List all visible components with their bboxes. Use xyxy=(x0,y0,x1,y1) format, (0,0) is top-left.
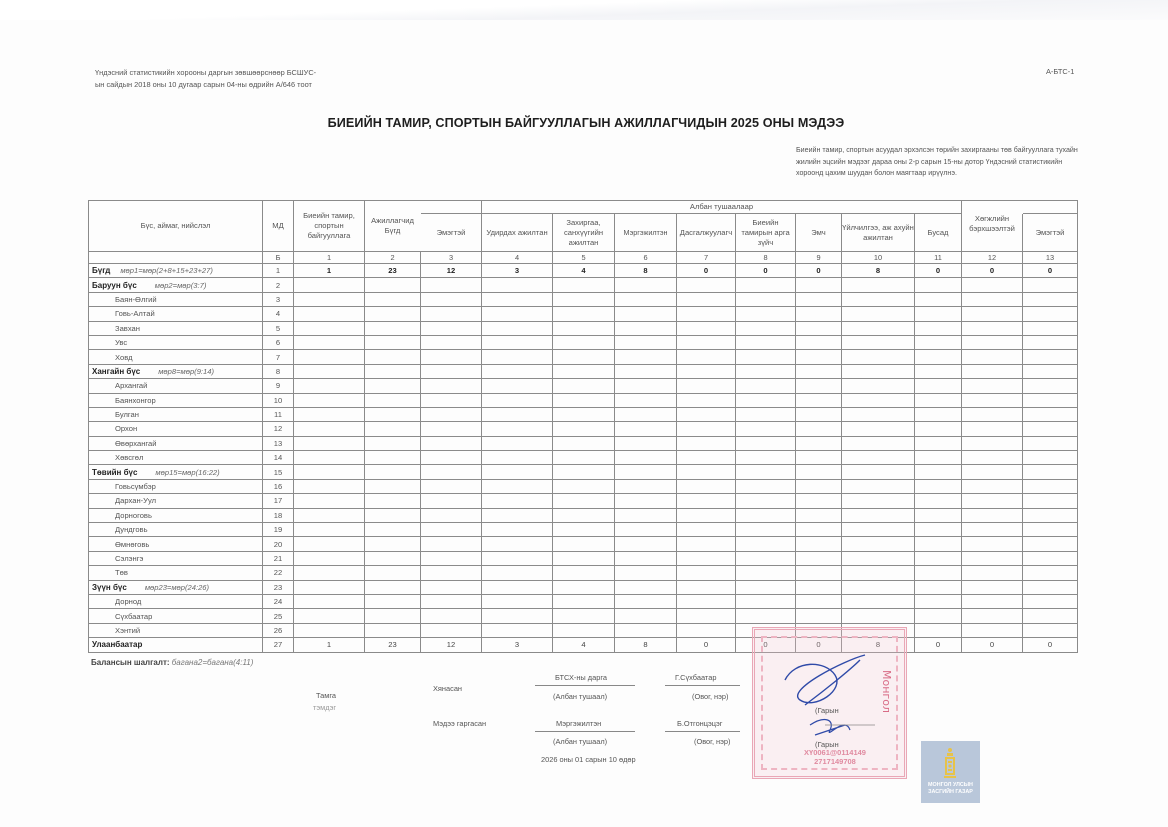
value-cell[interactable]: 1 xyxy=(294,638,365,652)
value-cell[interactable] xyxy=(615,321,677,335)
value-cell[interactable] xyxy=(915,537,962,551)
value-cell[interactable] xyxy=(482,580,553,594)
value-cell[interactable] xyxy=(1023,436,1078,450)
value-cell[interactable] xyxy=(677,335,736,349)
value-cell[interactable]: 0 xyxy=(1023,264,1078,278)
value-cell[interactable] xyxy=(294,393,365,407)
value-cell[interactable] xyxy=(842,479,915,493)
value-cell[interactable] xyxy=(421,321,482,335)
value-cell[interactable] xyxy=(915,465,962,479)
value-cell[interactable] xyxy=(796,422,842,436)
value-cell[interactable] xyxy=(962,580,1023,594)
value-cell[interactable] xyxy=(736,523,796,537)
value-cell[interactable] xyxy=(1023,623,1078,637)
value-cell[interactable] xyxy=(615,465,677,479)
value-cell[interactable] xyxy=(615,364,677,378)
value-cell[interactable] xyxy=(796,393,842,407)
value-cell[interactable] xyxy=(615,623,677,637)
value-cell[interactable] xyxy=(421,609,482,623)
value-cell[interactable] xyxy=(915,436,962,450)
value-cell[interactable] xyxy=(736,494,796,508)
value-cell[interactable] xyxy=(736,508,796,522)
value-cell[interactable] xyxy=(736,609,796,623)
value-cell[interactable] xyxy=(482,393,553,407)
value-cell[interactable] xyxy=(553,321,615,335)
value-cell[interactable] xyxy=(677,494,736,508)
value-cell[interactable] xyxy=(615,422,677,436)
value-cell[interactable] xyxy=(421,479,482,493)
value-cell[interactable] xyxy=(1023,523,1078,537)
value-cell[interactable] xyxy=(677,594,736,608)
value-cell[interactable] xyxy=(842,537,915,551)
value-cell[interactable] xyxy=(294,551,365,565)
value-cell[interactable] xyxy=(294,422,365,436)
value-cell[interactable] xyxy=(842,523,915,537)
value-cell[interactable]: 0 xyxy=(915,264,962,278)
value-cell[interactable] xyxy=(294,580,365,594)
value-cell[interactable] xyxy=(796,523,842,537)
value-cell[interactable] xyxy=(365,566,421,580)
value-cell[interactable] xyxy=(294,566,365,580)
value-cell[interactable] xyxy=(962,321,1023,335)
value-cell[interactable] xyxy=(677,436,736,450)
value-cell[interactable] xyxy=(842,609,915,623)
value-cell[interactable] xyxy=(553,307,615,321)
value-cell[interactable]: 4 xyxy=(553,638,615,652)
value-cell[interactable] xyxy=(796,292,842,306)
value-cell[interactable] xyxy=(677,307,736,321)
value-cell[interactable] xyxy=(421,364,482,378)
value-cell[interactable] xyxy=(736,436,796,450)
value-cell[interactable] xyxy=(482,623,553,637)
value-cell[interactable] xyxy=(962,350,1023,364)
value-cell[interactable] xyxy=(421,307,482,321)
value-cell[interactable] xyxy=(842,566,915,580)
value-cell[interactable] xyxy=(915,278,962,292)
value-cell[interactable] xyxy=(962,451,1023,465)
value-cell[interactable] xyxy=(365,422,421,436)
value-cell[interactable] xyxy=(294,436,365,450)
value-cell[interactable] xyxy=(736,407,796,421)
value-cell[interactable] xyxy=(482,479,553,493)
value-cell[interactable] xyxy=(421,623,482,637)
value-cell[interactable] xyxy=(615,436,677,450)
value-cell[interactable] xyxy=(615,523,677,537)
value-cell[interactable] xyxy=(915,479,962,493)
value-cell[interactable] xyxy=(294,465,365,479)
value-cell[interactable] xyxy=(1023,479,1078,493)
value-cell[interactable] xyxy=(1023,465,1078,479)
value-cell[interactable]: 0 xyxy=(677,638,736,652)
value-cell[interactable] xyxy=(677,278,736,292)
value-cell[interactable] xyxy=(365,537,421,551)
value-cell[interactable] xyxy=(482,523,553,537)
value-cell[interactable] xyxy=(842,551,915,565)
value-cell[interactable] xyxy=(294,379,365,393)
value-cell[interactable] xyxy=(962,523,1023,537)
value-cell[interactable] xyxy=(842,422,915,436)
value-cell[interactable] xyxy=(294,335,365,349)
value-cell[interactable] xyxy=(915,551,962,565)
value-cell[interactable] xyxy=(842,379,915,393)
value-cell[interactable] xyxy=(615,393,677,407)
value-cell[interactable] xyxy=(842,393,915,407)
value-cell[interactable] xyxy=(1023,379,1078,393)
value-cell[interactable] xyxy=(962,307,1023,321)
value-cell[interactable] xyxy=(553,609,615,623)
value-cell[interactable] xyxy=(962,465,1023,479)
value-cell[interactable] xyxy=(482,292,553,306)
value-cell[interactable] xyxy=(736,278,796,292)
value-cell[interactable] xyxy=(962,422,1023,436)
value-cell[interactable] xyxy=(677,508,736,522)
value-cell[interactable] xyxy=(553,422,615,436)
value-cell[interactable] xyxy=(294,407,365,421)
value-cell[interactable] xyxy=(962,379,1023,393)
value-cell[interactable] xyxy=(615,508,677,522)
value-cell[interactable] xyxy=(915,494,962,508)
value-cell[interactable] xyxy=(962,335,1023,349)
value-cell[interactable] xyxy=(962,623,1023,637)
value-cell[interactable] xyxy=(482,594,553,608)
value-cell[interactable] xyxy=(1023,609,1078,623)
value-cell[interactable] xyxy=(736,551,796,565)
value-cell[interactable] xyxy=(915,422,962,436)
value-cell[interactable] xyxy=(796,451,842,465)
value-cell[interactable] xyxy=(915,364,962,378)
value-cell[interactable] xyxy=(915,451,962,465)
value-cell[interactable]: 0 xyxy=(915,638,962,652)
value-cell[interactable] xyxy=(962,436,1023,450)
value-cell[interactable] xyxy=(482,379,553,393)
value-cell[interactable] xyxy=(962,407,1023,421)
value-cell[interactable] xyxy=(365,364,421,378)
value-cell[interactable] xyxy=(615,350,677,364)
value-cell[interactable] xyxy=(1023,551,1078,565)
value-cell[interactable] xyxy=(421,465,482,479)
value-cell[interactable] xyxy=(553,364,615,378)
value-cell[interactable] xyxy=(1023,350,1078,364)
value-cell[interactable] xyxy=(842,350,915,364)
value-cell[interactable] xyxy=(842,580,915,594)
value-cell[interactable] xyxy=(796,594,842,608)
value-cell[interactable] xyxy=(615,307,677,321)
value-cell[interactable] xyxy=(294,292,365,306)
value-cell[interactable] xyxy=(796,321,842,335)
value-cell[interactable] xyxy=(294,479,365,493)
value-cell[interactable] xyxy=(677,422,736,436)
value-cell[interactable] xyxy=(842,407,915,421)
value-cell[interactable] xyxy=(842,335,915,349)
value-cell[interactable] xyxy=(736,335,796,349)
value-cell[interactable] xyxy=(421,335,482,349)
value-cell[interactable] xyxy=(482,407,553,421)
value-cell[interactable] xyxy=(365,335,421,349)
value-cell[interactable] xyxy=(1023,335,1078,349)
value-cell[interactable] xyxy=(421,407,482,421)
value-cell[interactable] xyxy=(736,364,796,378)
value-cell[interactable] xyxy=(962,551,1023,565)
value-cell[interactable] xyxy=(736,393,796,407)
value-cell[interactable] xyxy=(677,364,736,378)
value-cell[interactable] xyxy=(482,609,553,623)
value-cell[interactable] xyxy=(796,479,842,493)
value-cell[interactable] xyxy=(962,609,1023,623)
value-cell[interactable] xyxy=(736,465,796,479)
value-cell[interactable] xyxy=(962,494,1023,508)
value-cell[interactable] xyxy=(736,321,796,335)
value-cell[interactable] xyxy=(962,364,1023,378)
value-cell[interactable]: 23 xyxy=(365,264,421,278)
value-cell[interactable]: 0 xyxy=(796,264,842,278)
value-cell[interactable] xyxy=(796,350,842,364)
value-cell[interactable] xyxy=(553,451,615,465)
value-cell[interactable] xyxy=(915,580,962,594)
value-cell[interactable] xyxy=(482,364,553,378)
value-cell[interactable] xyxy=(482,551,553,565)
value-cell[interactable] xyxy=(553,379,615,393)
value-cell[interactable] xyxy=(842,451,915,465)
value-cell[interactable] xyxy=(615,609,677,623)
value-cell[interactable] xyxy=(677,566,736,580)
value-cell[interactable] xyxy=(482,508,553,522)
value-cell[interactable] xyxy=(553,407,615,421)
value-cell[interactable] xyxy=(677,465,736,479)
value-cell[interactable] xyxy=(796,335,842,349)
value-cell[interactable] xyxy=(677,350,736,364)
value-cell[interactable] xyxy=(553,566,615,580)
value-cell[interactable] xyxy=(482,465,553,479)
value-cell[interactable] xyxy=(677,321,736,335)
value-cell[interactable] xyxy=(365,623,421,637)
value-cell[interactable] xyxy=(553,278,615,292)
value-cell[interactable] xyxy=(482,350,553,364)
value-cell[interactable] xyxy=(1023,407,1078,421)
value-cell[interactable] xyxy=(677,609,736,623)
value-cell[interactable] xyxy=(365,494,421,508)
value-cell[interactable] xyxy=(365,508,421,522)
value-cell[interactable] xyxy=(1023,494,1078,508)
value-cell[interactable] xyxy=(482,537,553,551)
value-cell[interactable] xyxy=(915,379,962,393)
value-cell[interactable] xyxy=(615,379,677,393)
value-cell[interactable] xyxy=(842,307,915,321)
value-cell[interactable] xyxy=(365,609,421,623)
value-cell[interactable]: 1 xyxy=(294,264,365,278)
value-cell[interactable] xyxy=(736,422,796,436)
value-cell[interactable]: 23 xyxy=(365,638,421,652)
value-cell[interactable] xyxy=(736,580,796,594)
value-cell[interactable] xyxy=(615,494,677,508)
value-cell[interactable] xyxy=(915,508,962,522)
value-cell[interactable] xyxy=(553,465,615,479)
value-cell[interactable] xyxy=(482,278,553,292)
value-cell[interactable] xyxy=(421,278,482,292)
value-cell[interactable] xyxy=(365,307,421,321)
value-cell[interactable] xyxy=(553,292,615,306)
value-cell[interactable]: 0 xyxy=(962,264,1023,278)
value-cell[interactable] xyxy=(1023,364,1078,378)
value-cell[interactable] xyxy=(736,307,796,321)
value-cell[interactable] xyxy=(553,393,615,407)
value-cell[interactable]: 3 xyxy=(482,638,553,652)
value-cell[interactable] xyxy=(915,350,962,364)
value-cell[interactable] xyxy=(294,494,365,508)
value-cell[interactable] xyxy=(915,566,962,580)
value-cell[interactable] xyxy=(553,623,615,637)
value-cell[interactable] xyxy=(796,537,842,551)
value-cell[interactable] xyxy=(615,278,677,292)
value-cell[interactable] xyxy=(677,580,736,594)
value-cell[interactable] xyxy=(294,609,365,623)
value-cell[interactable] xyxy=(421,523,482,537)
value-cell[interactable] xyxy=(1023,321,1078,335)
value-cell[interactable] xyxy=(482,335,553,349)
value-cell[interactable] xyxy=(796,609,842,623)
value-cell[interactable] xyxy=(482,321,553,335)
value-cell[interactable] xyxy=(915,292,962,306)
value-cell[interactable] xyxy=(365,379,421,393)
value-cell[interactable] xyxy=(421,580,482,594)
value-cell[interactable] xyxy=(1023,537,1078,551)
value-cell[interactable] xyxy=(615,479,677,493)
value-cell[interactable] xyxy=(615,407,677,421)
value-cell[interactable] xyxy=(294,623,365,637)
value-cell[interactable] xyxy=(615,451,677,465)
value-cell[interactable] xyxy=(553,436,615,450)
value-cell[interactable] xyxy=(553,537,615,551)
value-cell[interactable] xyxy=(615,551,677,565)
value-cell[interactable] xyxy=(615,594,677,608)
value-cell[interactable] xyxy=(677,537,736,551)
value-cell[interactable] xyxy=(962,393,1023,407)
value-cell[interactable] xyxy=(365,350,421,364)
value-cell[interactable] xyxy=(421,350,482,364)
value-cell[interactable] xyxy=(796,580,842,594)
value-cell[interactable] xyxy=(962,537,1023,551)
value-cell[interactable] xyxy=(421,508,482,522)
value-cell[interactable] xyxy=(915,321,962,335)
value-cell[interactable] xyxy=(482,451,553,465)
value-cell[interactable] xyxy=(736,479,796,493)
value-cell[interactable] xyxy=(365,407,421,421)
value-cell[interactable]: 0 xyxy=(962,638,1023,652)
value-cell[interactable]: 4 xyxy=(553,264,615,278)
value-cell[interactable] xyxy=(796,465,842,479)
value-cell[interactable] xyxy=(553,350,615,364)
value-cell[interactable] xyxy=(915,609,962,623)
value-cell[interactable] xyxy=(736,379,796,393)
value-cell[interactable] xyxy=(615,335,677,349)
value-cell[interactable] xyxy=(842,494,915,508)
value-cell[interactable] xyxy=(796,508,842,522)
value-cell[interactable] xyxy=(915,407,962,421)
value-cell[interactable] xyxy=(294,350,365,364)
value-cell[interactable]: 12 xyxy=(421,264,482,278)
value-cell[interactable] xyxy=(796,407,842,421)
value-cell[interactable] xyxy=(1023,307,1078,321)
value-cell[interactable] xyxy=(736,292,796,306)
value-cell[interactable] xyxy=(421,379,482,393)
value-cell[interactable] xyxy=(677,623,736,637)
value-cell[interactable] xyxy=(796,278,842,292)
value-cell[interactable] xyxy=(915,523,962,537)
value-cell[interactable] xyxy=(553,551,615,565)
value-cell[interactable] xyxy=(796,364,842,378)
value-cell[interactable] xyxy=(482,436,553,450)
value-cell[interactable] xyxy=(421,292,482,306)
value-cell[interactable] xyxy=(842,436,915,450)
value-cell[interactable] xyxy=(796,551,842,565)
value-cell[interactable] xyxy=(962,566,1023,580)
value-cell[interactable] xyxy=(1023,594,1078,608)
value-cell[interactable] xyxy=(915,623,962,637)
value-cell[interactable] xyxy=(736,594,796,608)
value-cell[interactable] xyxy=(421,537,482,551)
value-cell[interactable] xyxy=(842,508,915,522)
value-cell[interactable] xyxy=(365,523,421,537)
value-cell[interactable] xyxy=(553,508,615,522)
value-cell[interactable] xyxy=(365,321,421,335)
value-cell[interactable] xyxy=(615,292,677,306)
value-cell[interactable] xyxy=(615,566,677,580)
value-cell[interactable] xyxy=(915,594,962,608)
value-cell[interactable] xyxy=(677,407,736,421)
value-cell[interactable] xyxy=(294,523,365,537)
value-cell[interactable] xyxy=(915,393,962,407)
value-cell[interactable] xyxy=(615,580,677,594)
value-cell[interactable]: 3 xyxy=(482,264,553,278)
value-cell[interactable] xyxy=(736,350,796,364)
value-cell[interactable] xyxy=(962,278,1023,292)
value-cell[interactable]: 0 xyxy=(1023,638,1078,652)
value-cell[interactable] xyxy=(294,508,365,522)
value-cell[interactable]: 8 xyxy=(842,264,915,278)
value-cell[interactable] xyxy=(294,451,365,465)
value-cell[interactable] xyxy=(365,580,421,594)
value-cell[interactable] xyxy=(294,364,365,378)
value-cell[interactable] xyxy=(365,451,421,465)
value-cell[interactable] xyxy=(962,594,1023,608)
value-cell[interactable] xyxy=(553,335,615,349)
value-cell[interactable] xyxy=(365,278,421,292)
value-cell[interactable] xyxy=(365,292,421,306)
value-cell[interactable] xyxy=(421,422,482,436)
value-cell[interactable] xyxy=(365,594,421,608)
value-cell[interactable] xyxy=(294,321,365,335)
value-cell[interactable] xyxy=(294,594,365,608)
value-cell[interactable] xyxy=(1023,566,1078,580)
value-cell[interactable] xyxy=(294,307,365,321)
value-cell[interactable] xyxy=(294,278,365,292)
value-cell[interactable] xyxy=(677,523,736,537)
value-cell[interactable] xyxy=(842,364,915,378)
value-cell[interactable] xyxy=(365,436,421,450)
value-cell[interactable] xyxy=(365,465,421,479)
value-cell[interactable] xyxy=(962,508,1023,522)
value-cell[interactable] xyxy=(615,537,677,551)
value-cell[interactable] xyxy=(677,451,736,465)
value-cell[interactable] xyxy=(421,594,482,608)
value-cell[interactable] xyxy=(482,566,553,580)
value-cell[interactable]: 0 xyxy=(677,264,736,278)
value-cell[interactable] xyxy=(677,479,736,493)
value-cell[interactable] xyxy=(842,465,915,479)
value-cell[interactable] xyxy=(421,494,482,508)
value-cell[interactable] xyxy=(677,393,736,407)
value-cell[interactable] xyxy=(421,393,482,407)
value-cell[interactable] xyxy=(482,307,553,321)
